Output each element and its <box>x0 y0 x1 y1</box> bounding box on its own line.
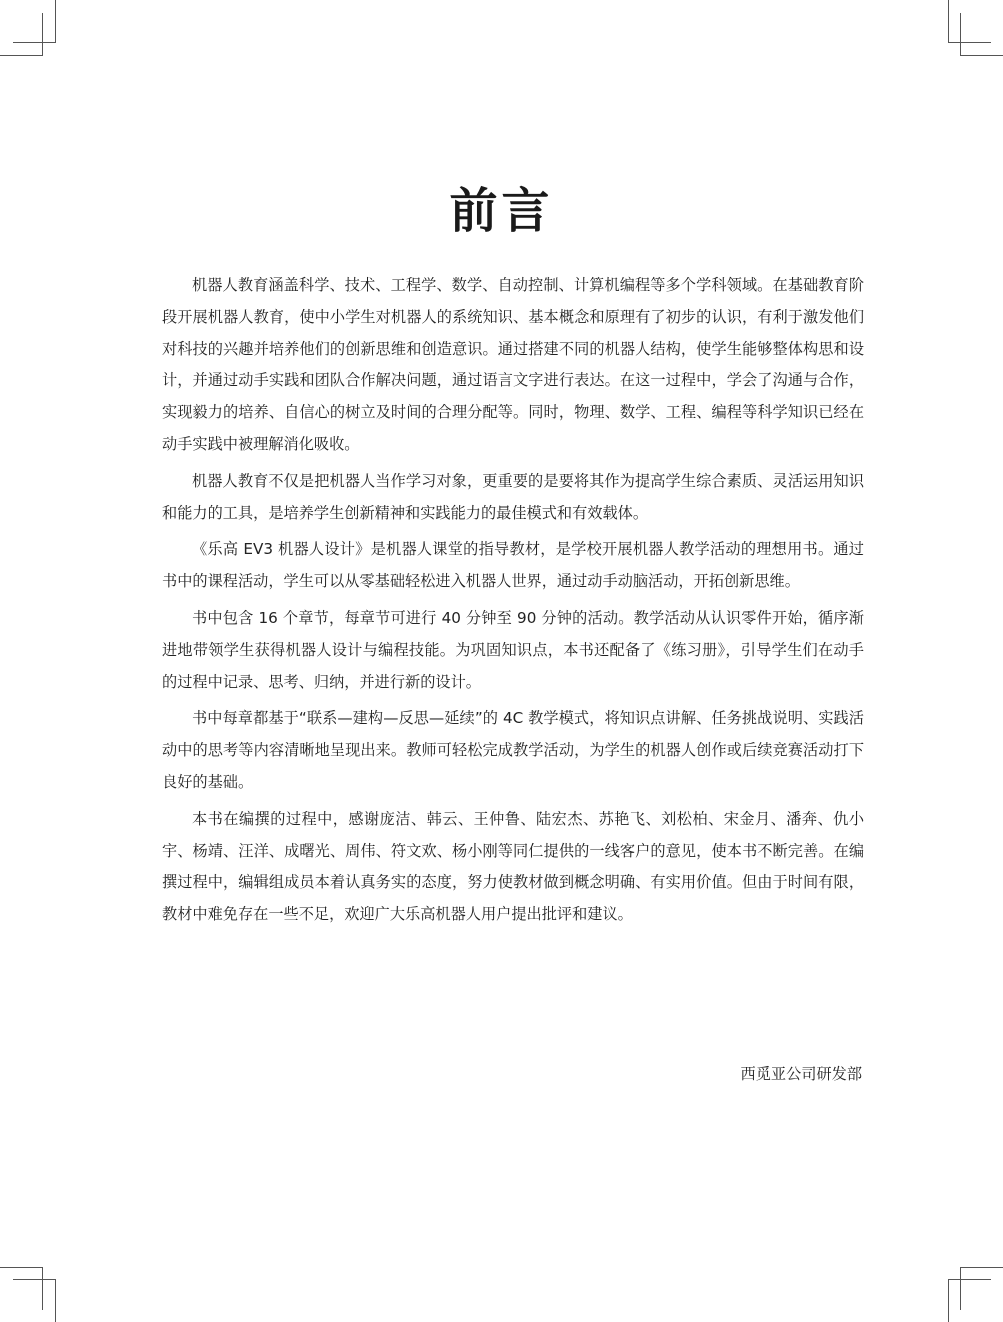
crop-mark-bottom-right-v1 <box>960 1267 961 1310</box>
crop-mark-bottom-left-v2 <box>55 1279 56 1322</box>
crop-mark-top-left-h1 <box>0 55 43 56</box>
crop-mark-top-left-v1 <box>42 13 43 56</box>
crop-mark-top-right-h2 <box>960 55 1003 56</box>
crop-mark-top-right-v1 <box>948 0 949 43</box>
crop-mark-top-right-v2 <box>960 13 961 56</box>
crop-mark-bottom-left-h1 <box>0 1267 43 1268</box>
crop-mark-bottom-right-v2 <box>948 1279 949 1322</box>
crop-mark-top-right-h1 <box>948 42 991 43</box>
paragraph-3: 《乐高 EV3 机器人设计》是机器人课堂的指导教材，是学校开展机器人教学活动的理… <box>162 534 864 598</box>
paragraph-2: 机器人教育不仅是把机器人当作学习对象，更重要的是要将其作为提高学生综合素质、灵活… <box>162 466 864 530</box>
paragraph-5: 书中每章都基于“联系—建构—反思—延续”的 4C 教学模式，将知识点讲解、任务挑… <box>162 703 864 798</box>
paragraph-6: 本书在编撰的过程中，感谢庞洁、韩云、王仲鲁、陆宏杰、苏艳飞、刘松柏、宋金月、潘奔… <box>162 804 864 931</box>
page-title: 前言 <box>0 172 1003 241</box>
crop-mark-top-left-v2 <box>55 0 56 43</box>
preface-body: 机器人教育涵盖科学、技术、工程学、数学、自动控制、计算机编程等多个学科领域。在基… <box>162 270 864 936</box>
crop-mark-bottom-left-v1 <box>42 1267 43 1310</box>
paragraph-1: 机器人教育涵盖科学、技术、工程学、数学、自动控制、计算机编程等多个学科领域。在基… <box>162 270 864 461</box>
crop-mark-bottom-right-h1 <box>960 1267 1003 1268</box>
crop-mark-top-left-h2 <box>13 42 56 43</box>
paragraph-4: 书中包含 16 个章节，每章节可进行 40 分钟至 90 分钟的活动。教学活动从… <box>162 603 864 698</box>
signature: 西觅亚公司研发部 <box>741 1063 863 1084</box>
crop-mark-bottom-right-h2 <box>948 1279 991 1280</box>
crop-mark-bottom-left-h2 <box>13 1279 56 1280</box>
